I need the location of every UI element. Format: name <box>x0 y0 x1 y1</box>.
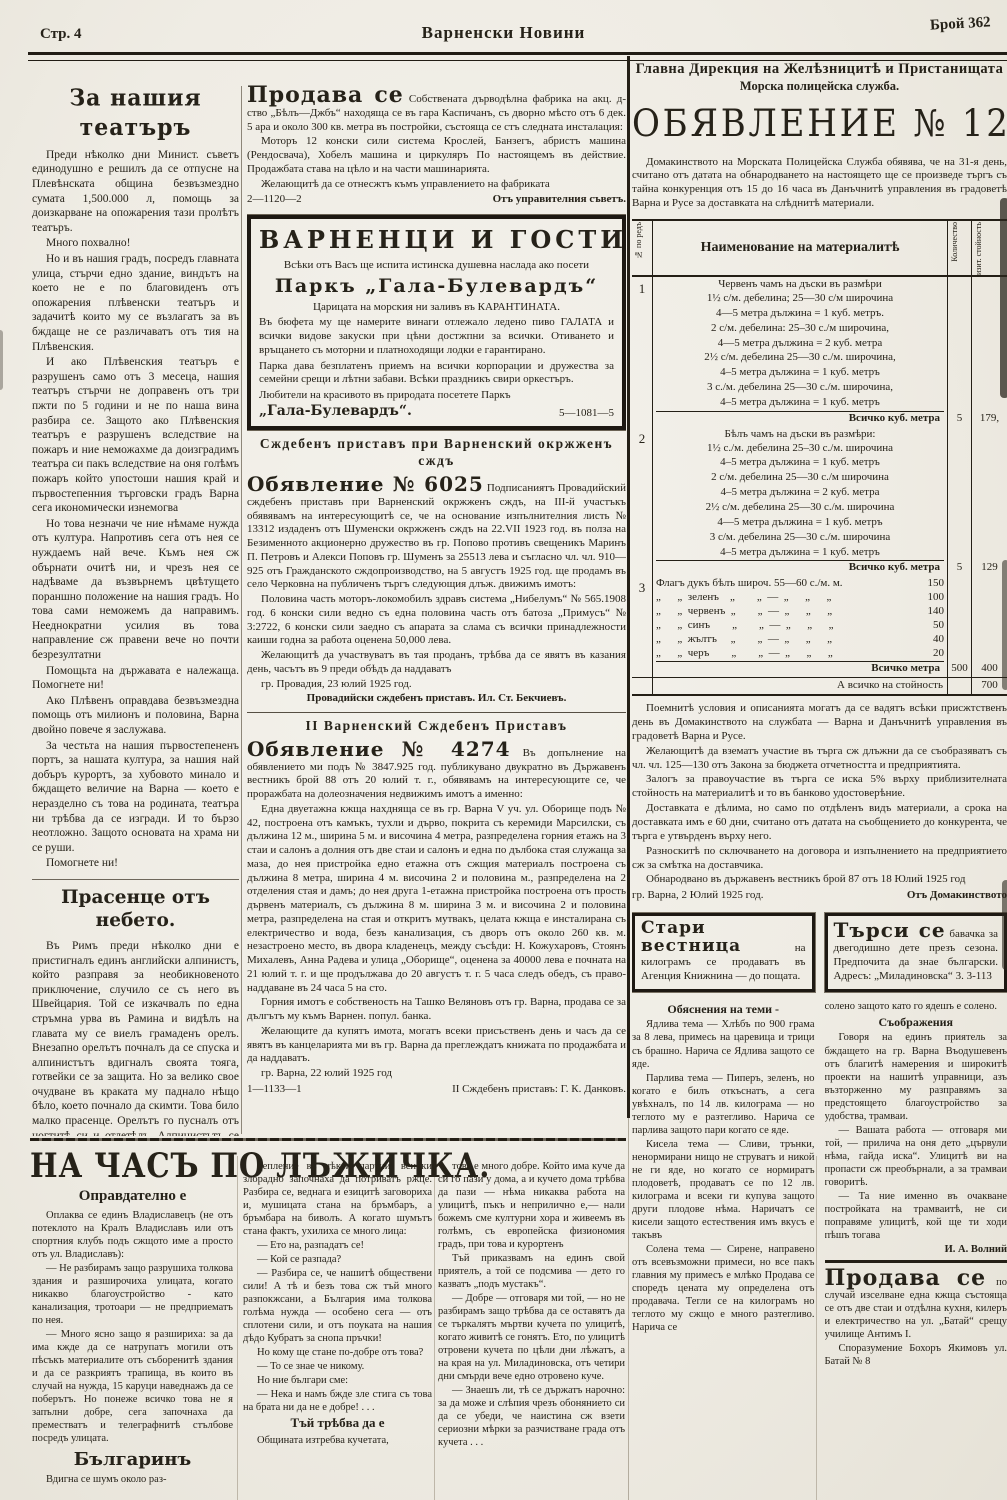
park-ad-title: ВАРНЕНЦИ И ГОСТИ НА ВАРНА <box>259 225 614 255</box>
paragraph: Помогнете ни! <box>32 856 239 871</box>
house-sale-heading: Продава се <box>825 1265 987 1291</box>
paragraph: Поемнитѣ условия и описанията могатъ да … <box>632 702 1007 744</box>
subsection-body: Вдигна се шумъ около раз- <box>32 1473 233 1486</box>
paragraph: 4–5 метра дължина = 1 куб. метръ <box>656 396 944 410</box>
table-row-flags: 3 Флагъ дукъ бѣлъ широч. 55—60 с./м. м. … <box>632 576 1007 677</box>
notice-number: 1—1133—1 <box>247 1083 302 1097</box>
paragraph: — Та ние именно въ очакване постройката … <box>825 1190 1007 1242</box>
paragraph: Кисела тема — Сливи, трънки, ненормирани… <box>632 1138 815 1242</box>
subsection-title: Българинъ <box>32 1449 233 1471</box>
flag-row: „ „ зеленъ „ „ — „ „ „100 <box>656 591 944 605</box>
park-gala-boulevard-ad: ВАРНЕНЦИ И ГОСТИ НА ВАРНА Всѣки отъ Васъ… <box>247 215 626 430</box>
column-rule-left <box>241 86 242 1134</box>
paragraph: 4–5 метра дължина = 2 куб. метра <box>656 486 944 500</box>
flag-row: „ „ черъ „ „ — „ „ „20 <box>656 647 944 661</box>
material-title: Червенъ чамъ на дъски въ размѣри <box>656 278 944 292</box>
flag-value: 150 <box>928 577 945 591</box>
author-signature: И. А. Волний <box>825 1243 1007 1256</box>
scan-smudge <box>1002 560 1007 690</box>
paragraph: Желающитѣ да се отнесжтъ къмъ управление… <box>247 178 626 192</box>
subsection-body: Общината изтребва кучетата, <box>243 1434 432 1447</box>
paragraph: Въ Римъ преди нѣколко дни е пристигналъ … <box>32 939 239 1136</box>
subsection-title: Оправдателно е <box>32 1187 233 1206</box>
feuilleton-col-1: Оправдателно е Оплаква се единъ Владисла… <box>32 1186 233 1498</box>
park-name-repeat: „Гала-Булевардъ“. <box>259 403 412 421</box>
paragraph: Ако Плѣвенъ оправдава безвъзмездна помощ… <box>32 694 239 738</box>
paragraph: Желающите да купятъ имота, могатъ всеки … <box>247 1025 626 1066</box>
notice-heading: Обявление № 4274 <box>247 737 511 761</box>
service-subtitle: Морска полицейска служба. <box>632 79 1007 95</box>
park-ad-line: Въ бюфета му ще намерите винаги отлежало… <box>259 316 614 357</box>
paragraph: 4—5 метра дължина = 1 куб. метръ. <box>656 307 944 321</box>
paragraph: — Нека и намъ бжде зле стига съ това на … <box>243 1388 432 1414</box>
paragraph: Но и въ нашия градъ, посредъ главната ул… <box>32 252 239 354</box>
paragraph: Разноскитѣ по сключването на договора и … <box>632 845 1007 873</box>
ad-body: Моторъ 12 конски сили система Крослей, Б… <box>247 135 626 191</box>
paragraph: — Много ясно защо я разшириха: за да има… <box>32 1328 233 1445</box>
classified-ads-row: Стари вестница на килограмъ се продаватъ… <box>632 913 1007 991</box>
paragraph: Една двуетажна кжща нахдняща се въ гр. В… <box>247 803 626 996</box>
announcement-footer: гр. Варна, 2 Юлий 1925 год. Отъ Домакинс… <box>632 889 1007 903</box>
paragraph: Оплаква се единъ Владиславецъ (не отъ по… <box>32 1209 233 1261</box>
paragraph: гр. Провадия, 23 юлий 1925 год. <box>247 678 626 692</box>
paragraph: Ядлива тема — Хлѣбъ по 900 грама за 8 ле… <box>632 1018 815 1070</box>
flag-label: „ „ жълтъ „ „ — „ „ „ <box>656 633 832 647</box>
notice-body: Половина часть моторъ-локомобилъ здравъ … <box>247 593 626 691</box>
paragraph: 4–5 метра дължина = 1 куб. метръ <box>656 546 944 560</box>
ad-footer: 2—1120—2 Отъ управителния съветъ. <box>247 193 626 207</box>
materials-table: № по редъ Наименование на материалитѣ Ко… <box>632 219 1007 696</box>
paragraph: 1½ с/м. дебелина; 25—30 с/м широчина <box>656 292 944 306</box>
column-rule-right <box>627 56 630 1118</box>
paragraph: 4—5 метра дължина = 2 куб. метра <box>656 337 944 351</box>
paragraph: Обнародвано въ държавенъ вестникъ брой 8… <box>632 873 1007 887</box>
announcement-conditions: Поемнитѣ условия и описанията могатъ да … <box>632 702 1007 887</box>
flag-label: „ „ зеленъ „ „ — „ „ „ <box>656 591 831 605</box>
flag-value: 50 <box>933 619 944 633</box>
article-piglet: Прасенце отъ небето. Въ Римъ преди нѣкол… <box>32 879 239 1136</box>
paragraph: 3 с./м. дебелина 25—30 с./м. широчина, <box>656 381 944 395</box>
flag-row: „ „ червенъ „ „ — „ „ „140 <box>656 605 944 619</box>
park-ad-number: 5—1081—5 <box>559 407 614 421</box>
paragraph: Моторъ 12 конски сили система Крослей, Б… <box>247 135 626 176</box>
paragraph: Желающитѣ да участвуватъ въ тая проданъ,… <box>247 649 626 677</box>
flag-value: 100 <box>928 591 945 605</box>
paragraph: За честьта на нашия първостепененъ портъ… <box>32 739 239 856</box>
article-theatre: За нашия театъръ Преди нѣколко дни Минис… <box>32 86 239 871</box>
table-grand-total-row: А всичко на стойность 700 <box>632 677 1007 694</box>
considerations-body: Говоря на единъ приятель за бждащето на … <box>825 1031 1007 1241</box>
paragraph: 4—5 метра дължина = 1 куб. метръ <box>656 516 944 530</box>
scan-smudge <box>1000 198 1007 398</box>
newspaper-page: Стр. 4 Варненски Новини Брой 362 За наши… <box>0 0 1007 1500</box>
table-header-row: № по редъ Наименование на материалитѣ Ко… <box>632 221 1007 277</box>
paragraph: това е много добре. Който има куче да си… <box>438 1160 625 1251</box>
col-header-number: № по редъ <box>635 222 644 259</box>
notice-signature: II Сждебенъ приставъ: Г. К. Данковъ. <box>452 1083 626 1097</box>
notice-heading: Обявление № 6025 <box>247 472 484 496</box>
flag-label: „ „ червенъ „ „ — „ „ „ <box>656 605 832 619</box>
flag-label: „ „ синъ „ „ — „ „ „ <box>656 619 834 633</box>
paragraph: Доставката е дѣлима, но само по отдѣленъ… <box>632 802 1007 844</box>
paragraph: Но кому ще стане по-добре отъ това? <box>243 1346 432 1359</box>
ad-heading: Търси се <box>834 918 946 942</box>
bottom-column-rule-2 <box>434 1156 435 1500</box>
row-number: 2 <box>632 427 652 577</box>
themes-column: Обяснения на теми - Ядлива тема — Хлѣбъ … <box>632 1000 815 1369</box>
article-body: Преди нѣколко дни Минист. съветъ единоду… <box>32 148 239 871</box>
paragraph: — Не разбирамъ защо разрушиха толкова зд… <box>32 1262 233 1327</box>
newspaper-title: Варненски Новини <box>0 23 1007 43</box>
paragraph: 4–5 метра дължина = 1 куб. метръ <box>656 456 944 470</box>
paragraph: Но това незначи че ние нѣмаме нужда отъ … <box>32 517 239 663</box>
flag-label: „ „ черъ „ „ — „ „ „ <box>656 647 833 661</box>
flag-row: „ „ синъ „ „ — „ „ „50 <box>656 619 944 633</box>
paragraph: 2½ с/м. дебелина 25—30 с./м. широчина <box>656 501 944 515</box>
paragraph: Половина часть моторъ-локомобилъ здравъ … <box>247 593 626 648</box>
park-ad-line: Парка дава безплатенъ приемъ на всички к… <box>259 360 614 388</box>
paragraph: Тъй приказвамъ на единъ свой приятелъ, а… <box>438 1252 625 1291</box>
subsection-title: Тъй трѣбва да е <box>243 1415 432 1431</box>
announcement-1230-title: ОБЯВЛЕНИЕ № 1230 <box>632 101 977 148</box>
paragraph: Много похвално! <box>32 236 239 251</box>
article-body: Въ Римъ преди нѣколко дни е пристигналъ … <box>32 939 239 1136</box>
paragraph: — Кой се разпада? <box>243 1253 432 1266</box>
paragraph: 1½ с./м. дебелина 25–30 с./м. широчина <box>656 442 944 456</box>
court-header: II Варненский Сждебенъ Приставъ <box>247 712 626 735</box>
paragraph: Солена тема — Сирене, направено отъ всев… <box>632 1243 815 1334</box>
table-row: 1 Червенъ чамъ на дъски въ размѣри 1½ с/… <box>632 277 1007 427</box>
left-column: За нашия театъръ Преди нѣколко дни Минис… <box>32 84 239 1136</box>
subsection-body: цепление въ нѣкои партии, всички злорадн… <box>243 1160 432 1414</box>
ad-heading: Продава се <box>247 84 404 108</box>
row-qty: 5 <box>947 277 971 427</box>
table-row: 2 Бѣлъ чамъ на дъски въ размѣри: 1½ с./м… <box>632 427 1007 577</box>
nanny-wanted-ad: Търси се бавачка за двегодишно дете през… <box>825 913 1007 991</box>
right-column: Главна Дирекция на Желѣзницитѣ и Пристан… <box>632 60 1007 1500</box>
paragraph: гр. Варна, 22 юлий 1925 год <box>247 1067 626 1081</box>
paragraph: Парлива тема — Пиперъ, зеленъ, но когато… <box>632 1072 815 1137</box>
notice-lead: Подписаниятъ Провадийский сждебенъ прист… <box>247 482 626 590</box>
park-ad-footer: Любители на красивото въ природата посет… <box>259 389 614 403</box>
paragraph: Говоря на единъ приятель за бждащето на … <box>825 1031 1007 1122</box>
paragraph: — Знаешъ ли, тѣ се държатъ нарочно: за д… <box>438 1384 625 1449</box>
park-name: Паркъ „Гала-Булевардъ“ <box>259 275 614 299</box>
themes-heading: Обяснения на теми - <box>632 1002 815 1017</box>
considerations-column: солено защото като го ядешъ е солено. Съ… <box>825 1000 1007 1369</box>
announcement-intro: Домакинството на Морската Полицейска Слу… <box>632 156 1007 211</box>
paragraph: Преди нѣколко дни Минист. съветъ единоду… <box>32 148 239 236</box>
paragraph: — Вашата работа — отговаря ми той, — при… <box>825 1124 1007 1189</box>
paragraph: — Ето на, разпадатъ се! <box>243 1239 432 1252</box>
paragraph: Но ние българи сме: <box>243 1374 432 1387</box>
middle-column: Продава се Собствената дърводѣлна фабрик… <box>247 84 626 1156</box>
court-notice-6025: Сждебенъ приставъ при Варненский окржжен… <box>247 436 626 706</box>
carryover-text: солено защото като го ядешъ е солено. <box>825 1000 1007 1013</box>
announcement-from: Отъ Домакинството <box>907 889 1007 903</box>
row-total-label: Всичко куб. метра <box>656 560 944 575</box>
paragraph: Помощьта на държавата е належаща. Помогн… <box>32 664 239 693</box>
old-newspapers-ad: Стари вестница на килограмъ се продаватъ… <box>632 913 815 991</box>
paragraph: цепление въ нѣкои партии, всички злорадн… <box>243 1160 432 1238</box>
paragraph: Желающитѣ да взематъ участие въ търга сж… <box>632 745 1007 773</box>
paragraph: — То се знае че никому. <box>243 1360 432 1373</box>
paragraph: Горния имотъ е собственость на Ташко Вел… <box>247 996 626 1024</box>
flags-total-label: Всичко метра <box>656 661 944 676</box>
paragraph: — Разбира се, че нашитѣ обществени сили!… <box>243 1267 432 1345</box>
ad-signature: Отъ управителния съветъ. <box>493 193 626 207</box>
ad-divider <box>825 1260 1007 1263</box>
paragraph: — Добре — отговаря ми той, — но не разби… <box>438 1292 625 1383</box>
paragraph: 2½ с/м. дебелина 25—30 с./м. широчина, <box>656 351 944 365</box>
house-sale-contact: Споразумение Бохоръ Якимовъ ул. Батай № … <box>825 1342 1007 1368</box>
article-title: Прасенце отъ небето. <box>32 886 239 933</box>
park-ad-footer2: „Гала-Булевардъ“. 5—1081—5 <box>259 403 614 421</box>
flags-total-qty: 500 <box>947 576 971 677</box>
row-value: 129 <box>971 427 1007 577</box>
ad-heading: Стари вестница <box>641 918 741 956</box>
scan-smudge <box>1002 880 1007 970</box>
bottom-column-rule-1 <box>237 1156 238 1500</box>
issue-number: Брой 362 <box>930 14 991 34</box>
paragraph: 2 с/м. дебелина: 25–30 с./м широчина, <box>656 322 944 336</box>
ad-number: 3-113 <box>967 970 992 982</box>
subsection-body: Оплаква се единъ Владиславецъ (не отъ по… <box>32 1209 233 1445</box>
material-title: Бѣлъ чамъ на дъски въ размѣри: <box>656 428 944 442</box>
directorate-title: Главна Дирекция на Желѣзницитѣ и Пристан… <box>632 60 1007 78</box>
considerations-heading: Съображения <box>825 1015 1007 1030</box>
flag-row: „ „ жълтъ „ „ — „ „ „40 <box>656 633 944 647</box>
paragraph: И ако Плѣвенския театъръ е разрушенъ сам… <box>32 355 239 516</box>
row-number: 3 <box>632 576 652 677</box>
flag-label: Флагъ дукъ бѣлъ широч. 55—60 с./м. м. <box>656 577 843 591</box>
feuilleton-col-3: това е много добре. Който има куче да си… <box>438 1160 625 1498</box>
column-rule-right-lower <box>628 1118 629 1500</box>
notice-footer: 1—1133—1 II Сждебенъ приставъ: Г. К. Дан… <box>247 1083 626 1097</box>
park-ad-line: Царицата на морския ни заливъ въ КАРАНТИ… <box>259 301 614 315</box>
court-header: Сждебенъ приставъ при Варненский окржжен… <box>247 436 626 470</box>
factory-sale-ad: Продава се Собствената дърводѣлна фабрик… <box>247 84 626 207</box>
row-qty: 5 <box>947 427 971 577</box>
flag-value: 40 <box>933 633 944 647</box>
flag-value: 140 <box>928 605 945 619</box>
col-header-value: Приблизит. стойность <box>975 222 984 275</box>
announcement-date: гр. Варна, 2 Юлий 1925 год. <box>632 889 763 903</box>
section-divider <box>30 1138 626 1141</box>
col-header-qty: Количество <box>951 222 960 262</box>
flag-value: 20 <box>933 647 944 661</box>
court-notice-4274: II Варненский Сждебенъ Приставъ Обявлени… <box>247 712 626 1097</box>
col-header-name: Наименование на материалитѣ <box>652 221 947 275</box>
right-bottom-columns: Обяснения на теми - Ядлива тема — Хлѣбъ … <box>632 1000 1007 1369</box>
notice-body: Една двуетажна кжща нахдняща се въ гр. В… <box>247 803 626 1081</box>
material-lines: 1½ с./м. дебелина 25–30 с./м. широчина4–… <box>656 442 944 560</box>
park-ad-line: Всѣки отъ Васъ ще испита истинска душевн… <box>259 259 614 273</box>
scan-smudge <box>0 330 3 390</box>
notice-signature: Провадийски сждебенъ приставъ. Ил. Ст. Б… <box>247 692 626 706</box>
ad-number: 2—1120—2 <box>247 193 302 207</box>
row-total-label: Всичко куб. метра <box>656 411 944 426</box>
grand-total-label: А всичко на стойность <box>652 677 947 694</box>
paragraph: 2 с/м. дебелина 25—30 с./м широчина <box>656 471 944 485</box>
flag-row: Флагъ дукъ бѣлъ широч. 55—60 с./м. м. 15… <box>656 577 944 591</box>
themes-body: Ядлива тема — Хлѣбъ по 900 грама за 8 ле… <box>632 1018 815 1333</box>
paragraph: 3 с/м. дебелина 25—30 с./м. широчина <box>656 531 944 545</box>
subsection-body: това е много добре. Който има куче да си… <box>438 1160 625 1449</box>
park-ad-line: Любители на красивото въ природата посет… <box>259 389 511 403</box>
feuilleton-col-2: цепление въ нѣкои партии, всички злорадн… <box>243 1160 432 1498</box>
material-lines: 1½ с/м. дебелина; 25—30 с/м широчина4—5 … <box>656 292 944 410</box>
paragraph: 4–5 метра дължина = 1 куб. метръ <box>656 366 944 380</box>
row-number: 1 <box>632 277 652 427</box>
paragraph: Залогъ за правоучастие въ търга се иска … <box>632 773 1007 801</box>
article-title: За нашия театъръ <box>32 85 239 144</box>
